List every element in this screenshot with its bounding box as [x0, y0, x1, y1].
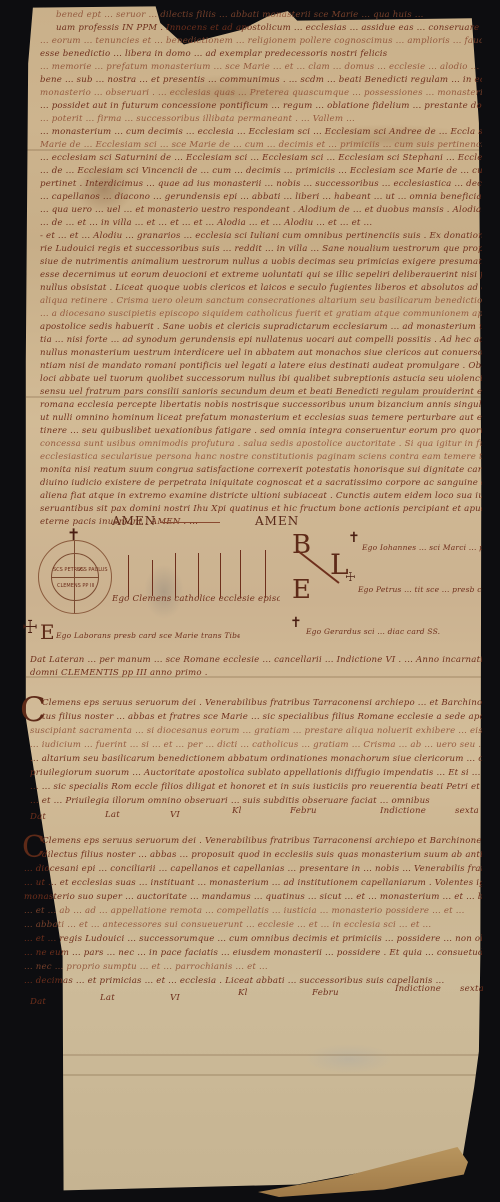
text-line: ... qua uero ... uel ... et monasterio u… [40, 205, 482, 216]
rota-text: CLEMENS PP III [57, 583, 94, 589]
text-line: ... diocesani epi ... conciliarii ... ca… [24, 864, 482, 875]
rota-cross-horizontal [51, 577, 99, 578]
text-line: diuino iudicio existere de perpetrata in… [40, 478, 482, 489]
text-line: bened ept ... seruor ... dilectis filiis… [56, 10, 482, 21]
ascender-stroke [265, 550, 266, 598]
date-field: Febru [290, 806, 330, 817]
rota-seal: SCS PETRUS SCS PAULUS CLEMENS PP III [38, 540, 112, 614]
fold-line [14, 1054, 486, 1056]
amen-mark: AMEN [112, 514, 156, 528]
date-field: sexta [460, 984, 490, 995]
date-field: VI [170, 993, 200, 1004]
cross-icon: ☩ [22, 617, 38, 638]
cardinal-subscription: Ego Iohannes ... sci Marci ... presb car… [362, 542, 482, 553]
fold-line [14, 1074, 486, 1076]
text-line: nullus obsistat . Liceat quoque uobis cl… [40, 283, 482, 294]
date-field: Lat [100, 993, 130, 1004]
text-line: ... monasterium ... cum decimis ... eccl… [40, 127, 482, 138]
text-line: aliena fiat atque in extremo examine dis… [40, 491, 482, 502]
text-line: - et ... et ... Alodiu ... granarios ...… [40, 231, 482, 242]
text-line: dilectus filius noster ... abbas ... pro… [42, 850, 482, 861]
papal-subscription: Ego Clemens catholice ecclesie episcopus… [112, 594, 280, 605]
cross-icon: ✝ [290, 615, 302, 631]
text-line: ... altarium seu basilicarum benediction… [30, 754, 482, 765]
text-line: ... ut ... et ecclesias suas ... institu… [24, 878, 482, 889]
text-line: esse benedictio ... libera in domo ... a… [40, 49, 482, 60]
ascender-stroke [152, 560, 153, 596]
text-line: ntiam nisi de mandato romani pontificis … [40, 361, 482, 372]
ascender-stroke [240, 550, 241, 598]
date-field: Kl [238, 988, 268, 999]
text-line: ... ecclesiam sci Saturnini de ... Eccle… [40, 153, 482, 164]
text-line: ... et ... ab ... ad ... appellatione re… [24, 906, 482, 917]
text-line: ecclesiastica secularisue persona hanc n… [40, 452, 482, 463]
text-line: ... a diocesano suscipietis episcopo siq… [40, 309, 482, 320]
date-field: Indictione [380, 806, 430, 817]
date-field: Febru [312, 988, 352, 999]
ascender-stroke [128, 555, 129, 597]
text-line: monita nisi reatum suum congrua satisfac… [40, 465, 482, 476]
text-line: uam professis IN PPM . Innocens et ad ap… [56, 23, 482, 34]
text-line: Clemens eps seruus seruorum dei . Venera… [42, 698, 482, 709]
datum-line: domni CLEMENTIS pp III anno primo . [30, 668, 482, 679]
initial-c: C [20, 690, 46, 730]
date-field: sexta [455, 806, 490, 817]
text-line: ... capellanos ... diacono ... gerundens… [40, 192, 482, 203]
text-line: ... et ... regis Ludouici ... successoru… [24, 934, 482, 945]
text-line: ... memorie ... prefatum monasterium ...… [40, 62, 482, 73]
text-line: ... de ... et ... in villa ... et ... et… [40, 218, 482, 229]
text-line: priuilegiorum suorum ... Auctoritate apo… [30, 768, 482, 779]
water-stain [304, 1044, 394, 1074]
text-line: ... possidet aut in futurum concessione … [40, 101, 482, 112]
text-line: rie Ludouici regis et successoribus suis… [40, 244, 482, 255]
text-line: ... ... sic specialis Rom eccle filios d… [30, 782, 482, 793]
monogram-letter-e: E [292, 575, 311, 605]
text-line: ... nec ... proprio sumptu ... et ... pa… [24, 962, 482, 973]
text-line: siue de nutrimentis animalium uestrorum … [40, 257, 482, 268]
date-field: Dat [30, 997, 60, 1008]
cross-icon: ✝ [348, 530, 360, 546]
text-line: ... eorum ... tenuncies et ... benedicti… [40, 36, 482, 47]
text-line: ... de ... Ecclesiam sci Vincencii de ..… [40, 166, 482, 177]
ascender-stroke [175, 553, 176, 598]
text-line: pertinet . Interdicimus ... quae ad ius … [40, 179, 482, 190]
text-line: suscipiant sacramenta ... si diocesanus … [30, 726, 482, 737]
cardinal-subscription: Ego Laborans presb card sce Marie trans … [56, 630, 240, 641]
datum-line: Dat Lateran ... per manum ... sce Romane… [30, 655, 482, 666]
text-line: loci abbate uel tuorum quolibet successo… [40, 374, 482, 385]
text-line: Clemens eps seruus seruorum dei . Venera… [42, 836, 482, 847]
ascender-stroke [220, 553, 221, 598]
text-line: monasterio suo super ... auctoritate ...… [24, 892, 482, 903]
text-line: ... iudicium ... fuerint ... si ... et .… [30, 740, 482, 751]
ascender-stroke [198, 553, 199, 598]
cross-icon: ✝ [67, 525, 80, 544]
text-line: aliqua retinere . Crisma uero oleum sanc… [40, 296, 482, 307]
date-field: Lat [105, 810, 135, 821]
text-line: ... ne eum ... pars ... nec ... in pace … [24, 948, 482, 959]
text-line: ... abbati ... et ... antecessores sui c… [24, 920, 482, 931]
text-line: Marie de ... Ecclesiam sci ... sce Marie… [40, 140, 482, 151]
text-line: ... poterit ... firma ... successoribus … [40, 114, 482, 125]
text-line: nullus monasterium uestrum interdicere u… [40, 348, 482, 359]
text-line: apostolice sedis habuerit . Sane uobis e… [40, 322, 482, 333]
initial-e: E [40, 620, 55, 644]
cardinal-subscription: Ego Petrus ... tit sce ... presb card SS… [358, 584, 482, 595]
decorative-line [160, 522, 220, 523]
text-line: concessa sunt usibus omnimodis profutura… [40, 439, 482, 450]
text-line: bene ... sub ... nostra ... et presentis… [40, 75, 482, 86]
cardinal-subscription: Ego Gerardus sci ... diac card SS. [306, 626, 482, 637]
text-line: tia ... nisi forte ... ad synodum gerund… [40, 335, 482, 346]
text-line: ut nulli omnino hominum liceat prefatum … [40, 413, 482, 424]
amen-mark: AMEN [255, 514, 299, 528]
water-stain [144, 564, 184, 619]
text-line: tinere ... seu quibuslibet uexationibus … [40, 426, 482, 437]
text-line: monasterio ... obseruari . ... ecclesias… [40, 88, 482, 99]
date-field: Dat [30, 812, 60, 823]
date-field: VI [170, 810, 200, 821]
cross-icon: ☩ [345, 570, 356, 584]
date-field: Kl [232, 806, 262, 817]
text-line: esse decernimus ut eorum deuocioni et ex… [40, 270, 482, 281]
text-line: sensu uel fratrum pars consilii sanioris… [40, 387, 482, 398]
date-field: Indictione [395, 984, 445, 995]
rota-text: SCS PAULUS [77, 567, 108, 573]
text-line: romana ecclesia percepte libertatis nobi… [40, 400, 482, 411]
text-line: tus filius noster ... abbas et fratres s… [42, 712, 482, 723]
